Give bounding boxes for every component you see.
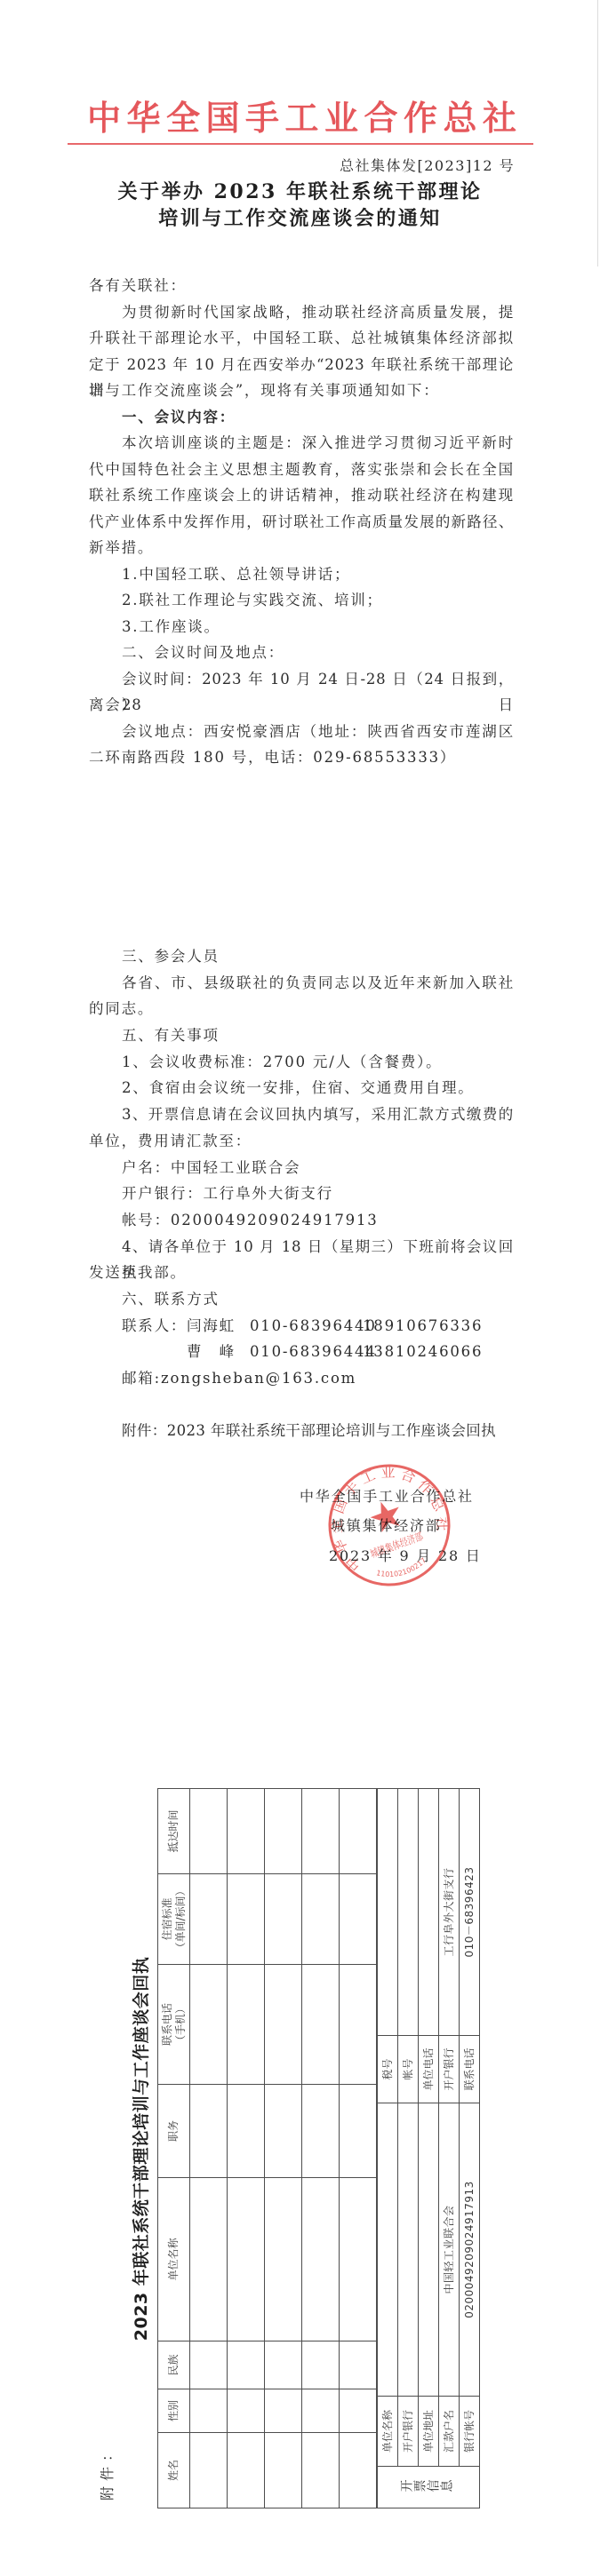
attendee-cell — [265, 2085, 302, 2178]
attendee-cell — [302, 2433, 340, 2508]
invoice-label: 银行帐号 — [460, 2397, 480, 2467]
attendee-cell — [190, 2085, 228, 2178]
salutation: 各有关联社： — [89, 273, 514, 299]
attendees-line: 各省、市、县级联社的负责同志以及近年来新加入联社 — [89, 970, 514, 997]
attendee-cell — [302, 2085, 340, 2178]
account-name: 户名：中国轻工业联合会 — [89, 1155, 514, 1181]
attendee-row — [190, 1789, 228, 2508]
attendees-line: 的同志。 — [89, 996, 514, 1022]
contact-tel: 010-68396444 — [250, 1339, 377, 1365]
attendee-cell — [302, 1874, 340, 1965]
invoice-note: 3、开票信息请在会议回执内填写，采用汇款方式缴费的 — [89, 1101, 514, 1128]
meeting-time: 会议时间：2023 年 10 月 24 日-28 日（24 日报到，28 日 — [89, 666, 514, 693]
fee-standard: 1、会议收费标准：2700 元/人（含餐费）。 — [89, 1049, 514, 1076]
attendee-cell — [228, 2341, 265, 2389]
column-header-lodging-label: 住宿标准 — [161, 1874, 174, 1964]
attendee-cell — [265, 2389, 302, 2433]
meeting-place: 二环南路西段 180 号，电话：029-68553333） — [89, 744, 514, 771]
invoice-value: 中国轻工业联合会 — [439, 2103, 460, 2397]
attendee-cell — [340, 2341, 377, 2389]
attendee-cell — [190, 1789, 228, 1874]
receipt-title: 2023 年联社系统干部理论培训与工作座谈会回执 — [132, 1789, 151, 2508]
attendee-cell — [228, 2085, 265, 2178]
notice-title-line-1: 关于举办 2023 年联社系统干部理论 — [0, 179, 600, 205]
attendee-cell — [228, 2178, 265, 2341]
invoice-value: 工行阜外大街支行 — [439, 1789, 460, 2036]
attendee-cell — [190, 1874, 228, 1965]
account-number: 帐号：0200049209024917913 — [89, 1207, 514, 1234]
attendee-cell — [190, 1965, 228, 2085]
agenda-item: 3.工作座谈。 — [89, 614, 514, 640]
invoice-label: 单位地址 — [419, 2397, 439, 2467]
intro-line: 为贯彻新时代国家战略，推动联社经济高质量发展，提 — [89, 299, 514, 326]
attendee-cell — [340, 2178, 377, 2341]
lodging-note: 2、食宿由会议统一安排，住宿、交通费用自理。 — [89, 1075, 514, 1101]
attendee-cell — [302, 1789, 340, 1874]
attendee-cell — [228, 1874, 265, 1965]
section-heading-time-place: 二、会议时间及地点： — [89, 640, 514, 666]
attendee-table: 姓名 性别 民族 单位名称 职务 联系电话 （手机） 住宿标准 （单间/标间） … — [157, 1788, 377, 2508]
reply-deadline: 4、请各单位于 10 月 18 日（星期三）下班前将会议回执 — [89, 1234, 514, 1260]
reply-deadline: 发送至我部。 — [89, 1260, 514, 1286]
attendee-cell — [265, 2433, 302, 2508]
scanned-notice-page: 中华全国手工业合作总社 总社集体发[2023]12 号 关于举办 2023 年联… — [0, 0, 608, 2576]
contact-email: 邮箱:zongsheban@163.com — [89, 1365, 514, 1392]
column-header-ethnicity: 民族 — [158, 2341, 190, 2389]
bank-name: 开户银行：工行阜外大街支行 — [89, 1181, 514, 1207]
contact-row: 曹 峰 010-68396444 13810246066 — [89, 1339, 514, 1365]
invoice-info-table: 开票信息 单位名称 税号 开户银行 帐号 单位地址 单位电话 汇款户名 — [377, 1788, 480, 2508]
section-heading-matters: 五、有关事项 — [89, 1022, 514, 1049]
content-line: 本次培训座谈的主题是：深入推进学习贯彻习近平新时 — [89, 430, 514, 457]
notice-body-part-1: 各有关联社： 为贯彻新时代国家战略，推动联社经济高质量发展，提 升联社干部理论水… — [89, 273, 514, 771]
section-heading-attendees: 三、参会人员 — [89, 943, 514, 970]
invoice-row: 开户银行 帐号 — [398, 1789, 419, 2508]
contact-mobile: 13810246066 — [363, 1339, 483, 1365]
meeting-place: 会议地点：西安悦豪酒店（地址：陕西省西安市莲湖区 — [89, 719, 514, 745]
column-header-position: 职务 — [158, 2085, 190, 2178]
attendee-cell — [190, 2341, 228, 2389]
column-header-lodging-sub: （单间/标间） — [174, 1874, 188, 1964]
invoice-label: 单位电话 — [419, 2036, 439, 2103]
invoice-label: 税号 — [378, 2036, 398, 2103]
invoice-value — [378, 2103, 398, 2397]
attendee-cell — [302, 2389, 340, 2433]
section-heading-content: 一、会议内容： — [89, 404, 514, 431]
content-line: 新举措。 — [89, 535, 514, 561]
invoice-value — [419, 1789, 439, 2036]
column-header-arrival: 抵达时间 — [158, 1789, 190, 1874]
notice-title: 关于举办 2023 年联社系统干部理论 培训与工作交流座谈会的通知 — [0, 179, 600, 232]
receipt-form: 附件： 2023 年联社系统干部理论培训与工作座谈会回执 姓名 性别 民族 单位… — [86, 1789, 481, 2508]
section-heading-contacts: 六、联系方式 — [89, 1286, 514, 1313]
agenda-item: 2.联社工作理论与实践交流、培训； — [89, 587, 514, 614]
invoice-section-label: 开票信息 — [378, 2467, 480, 2508]
attendee-cell — [190, 2389, 228, 2433]
intro-line: 训与工作交流座谈会”，现将有关事项通知如下： — [89, 378, 514, 404]
invoice-label: 开户银行 — [439, 2036, 460, 2103]
attendee-cell — [340, 1965, 377, 2085]
attendee-cell — [265, 1789, 302, 1874]
column-header-organization: 单位名称 — [158, 2178, 190, 2341]
contact-name: 闫海虹 — [187, 1313, 236, 1340]
attendee-row — [302, 1789, 340, 2508]
invoice-label: 单位名称 — [378, 2397, 398, 2467]
content-line: 代中国特色社会主义思想主题教育，落实张崇和会长在全国 — [89, 457, 514, 483]
attendee-cell — [302, 1965, 340, 2085]
blank-line — [89, 1392, 514, 1419]
attendee-cell — [340, 1789, 377, 1874]
attendee-cell — [228, 1789, 265, 1874]
intro-line: 升联社干部理论水平，中国轻工联、总社城镇集体经济部拟 — [89, 325, 514, 352]
contact-tel: 010-68396440 — [250, 1313, 377, 1340]
attendee-cell — [228, 2433, 265, 2508]
letterhead-org-name: 中华全国手工业合作总社 — [87, 99, 523, 137]
seal-star-icon — [366, 1497, 404, 1534]
column-header-phone: 联系电话 （手机） — [158, 1965, 190, 2085]
notice-title-line-2: 培训与工作交流座谈会的通知 — [0, 205, 600, 232]
content-line: 联社系统工作座谈会上的讲话精神，推动联社经济在构建现 — [89, 482, 514, 509]
contact-name: 曹 峰 — [187, 1339, 236, 1365]
official-seal-icon: 中华全国手工业合作总社 城镇集体经济部 110102100217 — [327, 1463, 452, 1587]
contact-mobile: 18910676336 — [363, 1313, 483, 1340]
content-line: 代产业体系中发挥作用，研讨联社工作高质量发展的新路径、 — [89, 509, 514, 536]
invoice-label: 开户银行 — [398, 2397, 419, 2467]
attendee-cell — [190, 2178, 228, 2341]
attendee-cell — [302, 2178, 340, 2341]
letterhead-red-rule — [68, 143, 533, 145]
invoice-value: 010－68396423 — [460, 1789, 480, 2036]
column-header-lodging: 住宿标准 （单间/标间） — [158, 1874, 190, 1965]
invoice-row: 开票信息 单位名称 税号 — [378, 1789, 398, 2508]
attendee-cell — [265, 2178, 302, 2341]
attendee-cell — [228, 1965, 265, 2085]
attendee-table-header: 姓名 性别 民族 单位名称 职务 联系电话 （手机） 住宿标准 （单间/标间） … — [158, 1789, 190, 2508]
intro-line: 定于 2023 年 10 月在西安举办“2023 年联社系统干部理论培 — [89, 352, 514, 378]
seal-ring — [327, 1463, 452, 1587]
attendee-cell — [190, 2433, 228, 2508]
attendee-row — [228, 1789, 265, 2508]
invoice-value — [398, 1789, 419, 2036]
attendee-cell — [265, 2341, 302, 2389]
attendee-row — [265, 1789, 302, 2508]
invoice-row: 单位地址 单位电话 — [419, 1789, 439, 2508]
column-header-name: 姓名 — [158, 2433, 190, 2508]
invoice-section-text: 开票信息 — [400, 2481, 453, 2494]
attendee-cell — [340, 2433, 377, 2508]
column-header-phone-label: 联系电话 — [161, 1965, 174, 2084]
attendee-cell — [340, 2389, 377, 2433]
attendee-cell — [228, 2389, 265, 2433]
attachment-note: 附件：2023 年联社系统干部理论培训与工作座谈会回执 — [89, 1418, 514, 1444]
notice-body-part-2: 三、参会人员 各省、市、县级联社的负责同志以及近年来新加入联社 的同志。 五、有… — [89, 943, 514, 1444]
agenda-item: 1.中国轻工联、总社领导讲话； — [89, 561, 514, 588]
invoice-value — [378, 1789, 398, 2036]
invoice-label: 汇款户名 — [439, 2397, 460, 2467]
attendee-cell — [265, 1965, 302, 2085]
invoice-value: 0200049209024917913 — [460, 2103, 480, 2397]
attendee-cell — [302, 2341, 340, 2389]
contact-label: 联系人： — [122, 1313, 187, 1340]
receipt-attachment-label: 附件： — [99, 2442, 116, 2500]
attendee-cell — [340, 2085, 377, 2178]
invoice-note: 单位，费用请汇款至： — [89, 1128, 514, 1155]
invoice-value — [419, 2103, 439, 2397]
attendee-row — [340, 1789, 377, 2508]
seal-inner-text: 城镇集体经济部 — [368, 1529, 424, 1560]
attendee-cell — [340, 1874, 377, 1965]
invoice-row: 银行帐号 0200049209024917913 联系电话 010－683964… — [460, 1789, 480, 2508]
attendee-cell — [265, 1874, 302, 1965]
column-header-gender: 性别 — [158, 2389, 190, 2433]
column-header-phone-sub: （手机） — [174, 1965, 188, 2084]
invoice-row: 汇款户名 中国轻工业联合会 开户银行 工行阜外大街支行 — [439, 1789, 460, 2508]
invoice-value — [398, 2103, 419, 2397]
invoice-label: 帐号 — [398, 2036, 419, 2103]
document-number: 总社集体发[2023]12 号 — [340, 157, 515, 175]
contact-row: 联系人： 闫海虹 010-68396440 18910676336 — [89, 1313, 514, 1340]
invoice-label: 联系电话 — [460, 2036, 480, 2103]
